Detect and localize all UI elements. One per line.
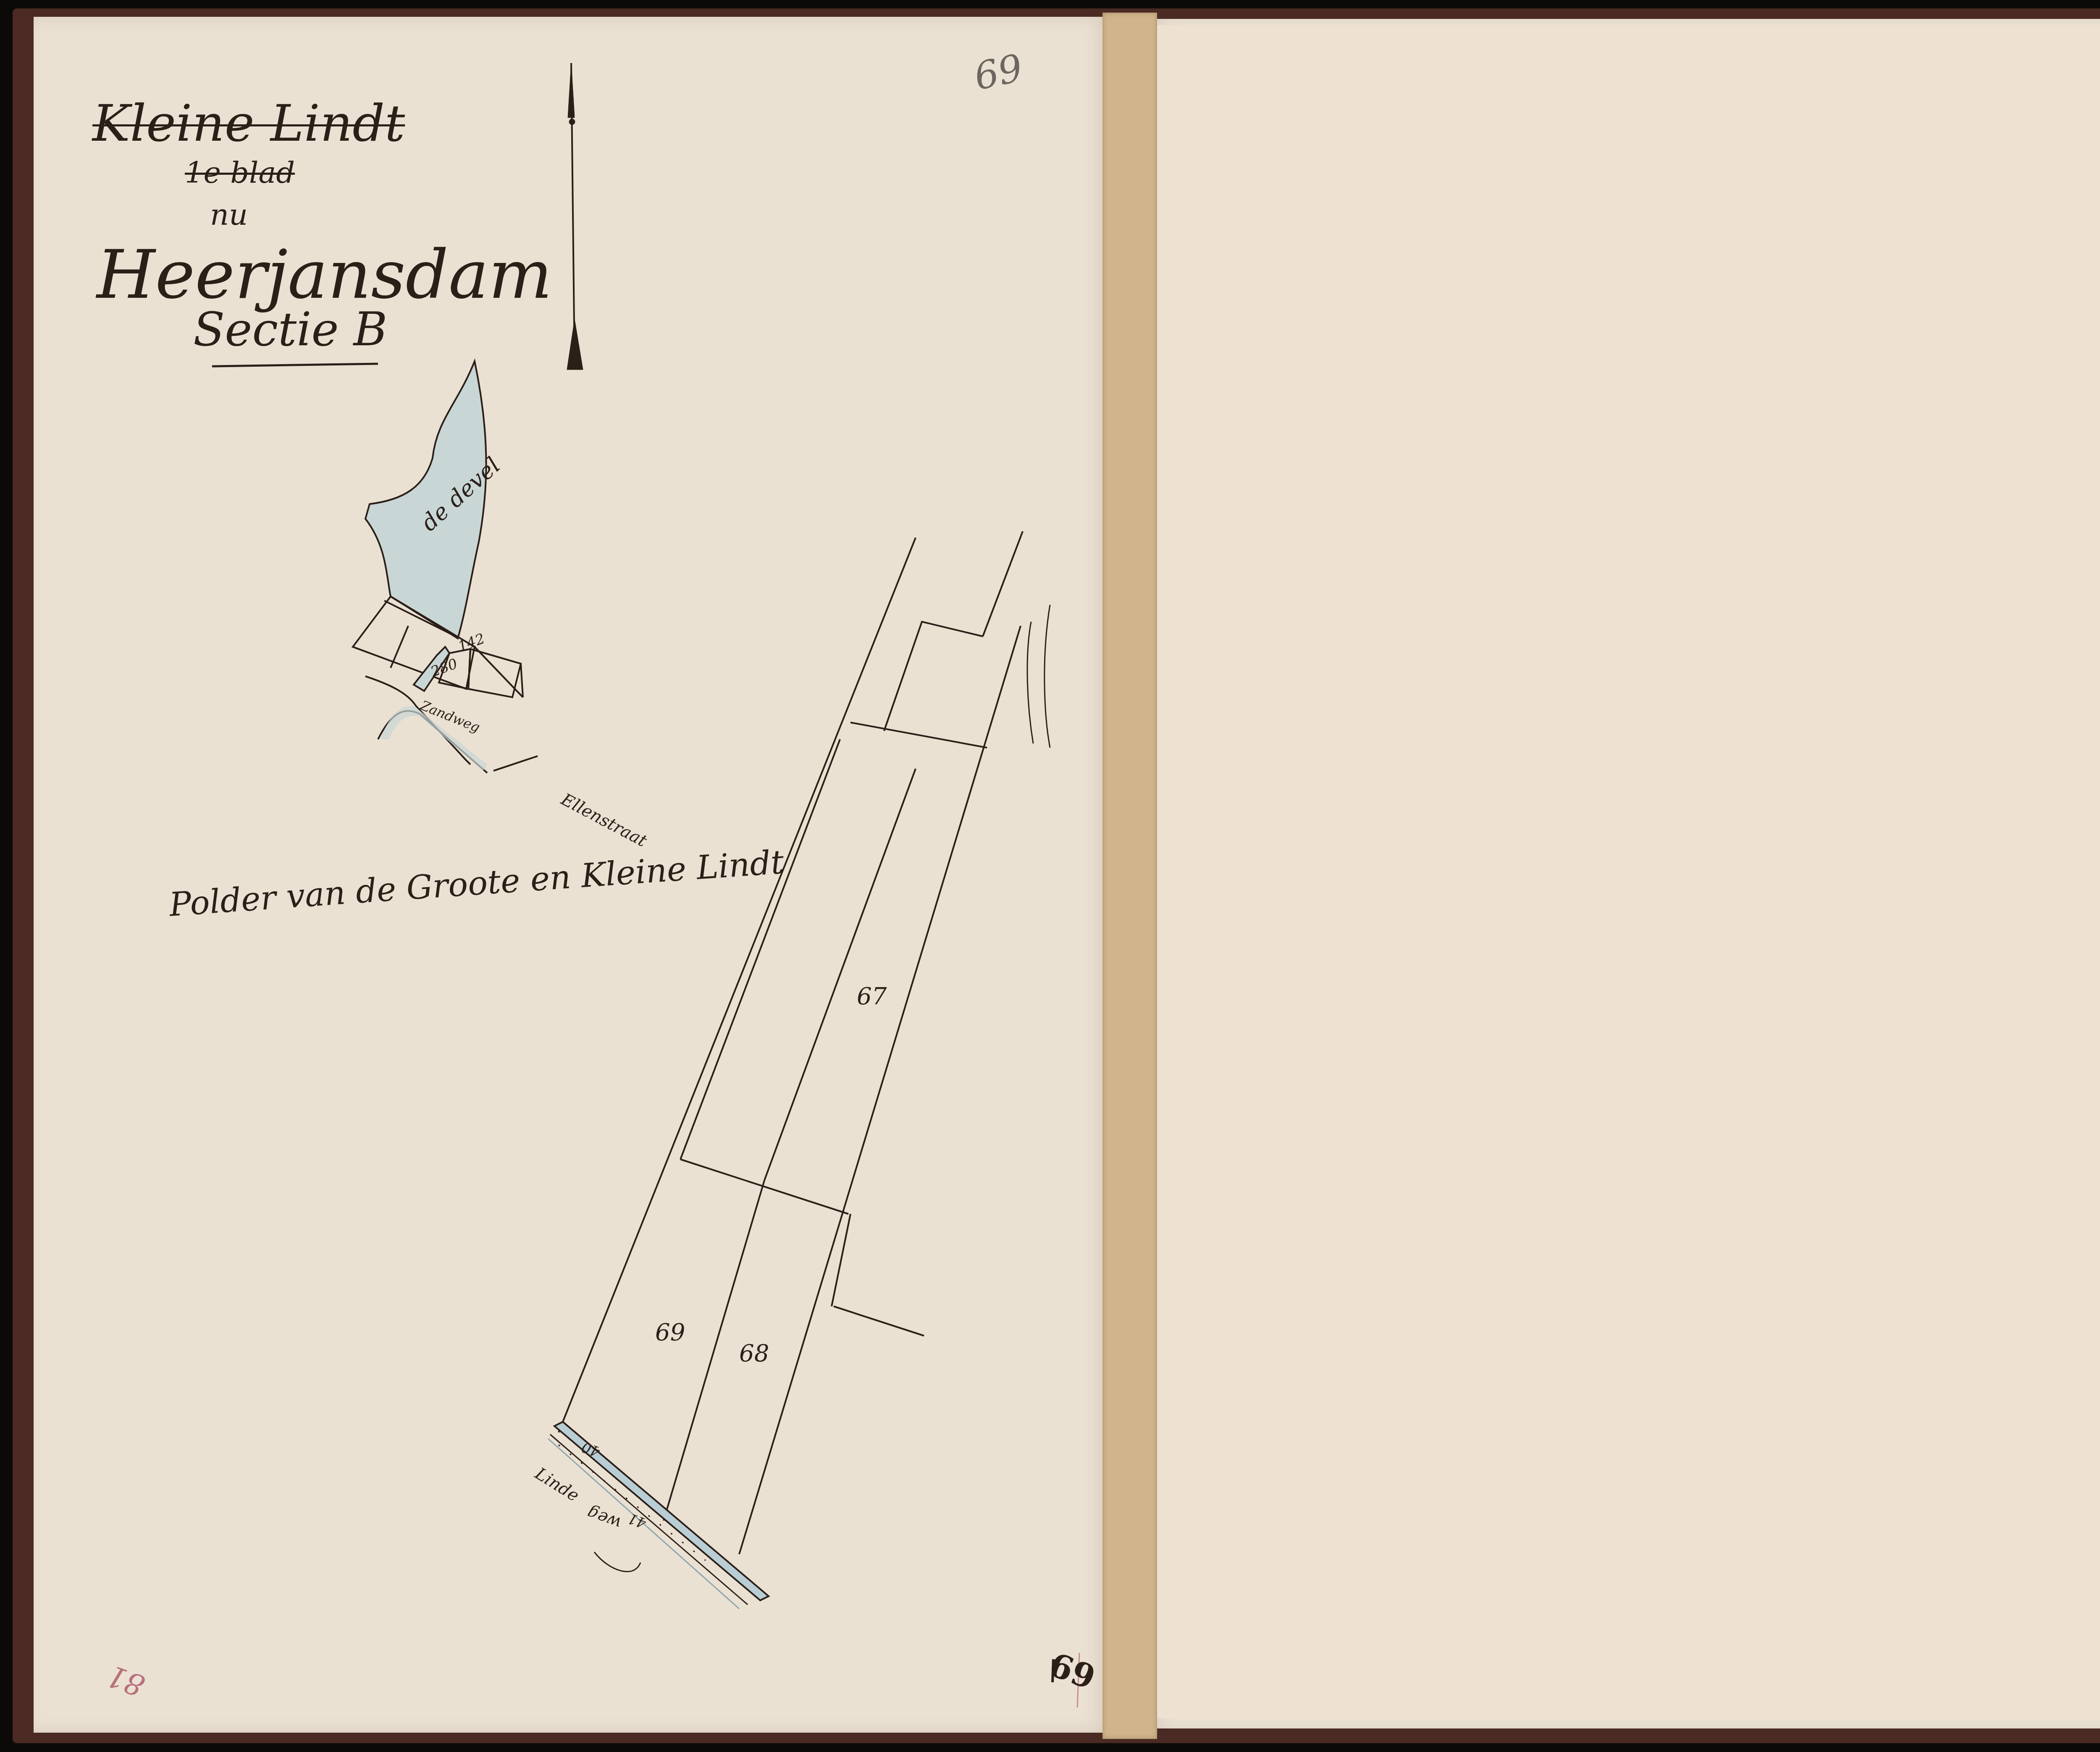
title-original-name: Kleine Lindt: [92, 95, 405, 153]
title-connector: nu: [210, 197, 248, 232]
north-arrow-icon: [567, 63, 583, 370]
title-section: Sectie B: [193, 302, 387, 356]
parcel-number: 68: [739, 1340, 769, 1367]
title-original-sheet: 1e blad: [185, 155, 295, 190]
parcel-number: 69: [655, 1319, 685, 1346]
strip-parcels: [559, 531, 1023, 1554]
title-underline: [212, 364, 378, 366]
parcel-number: 67: [857, 983, 887, 1010]
title-municipality: Heerjansdam: [97, 235, 552, 314]
